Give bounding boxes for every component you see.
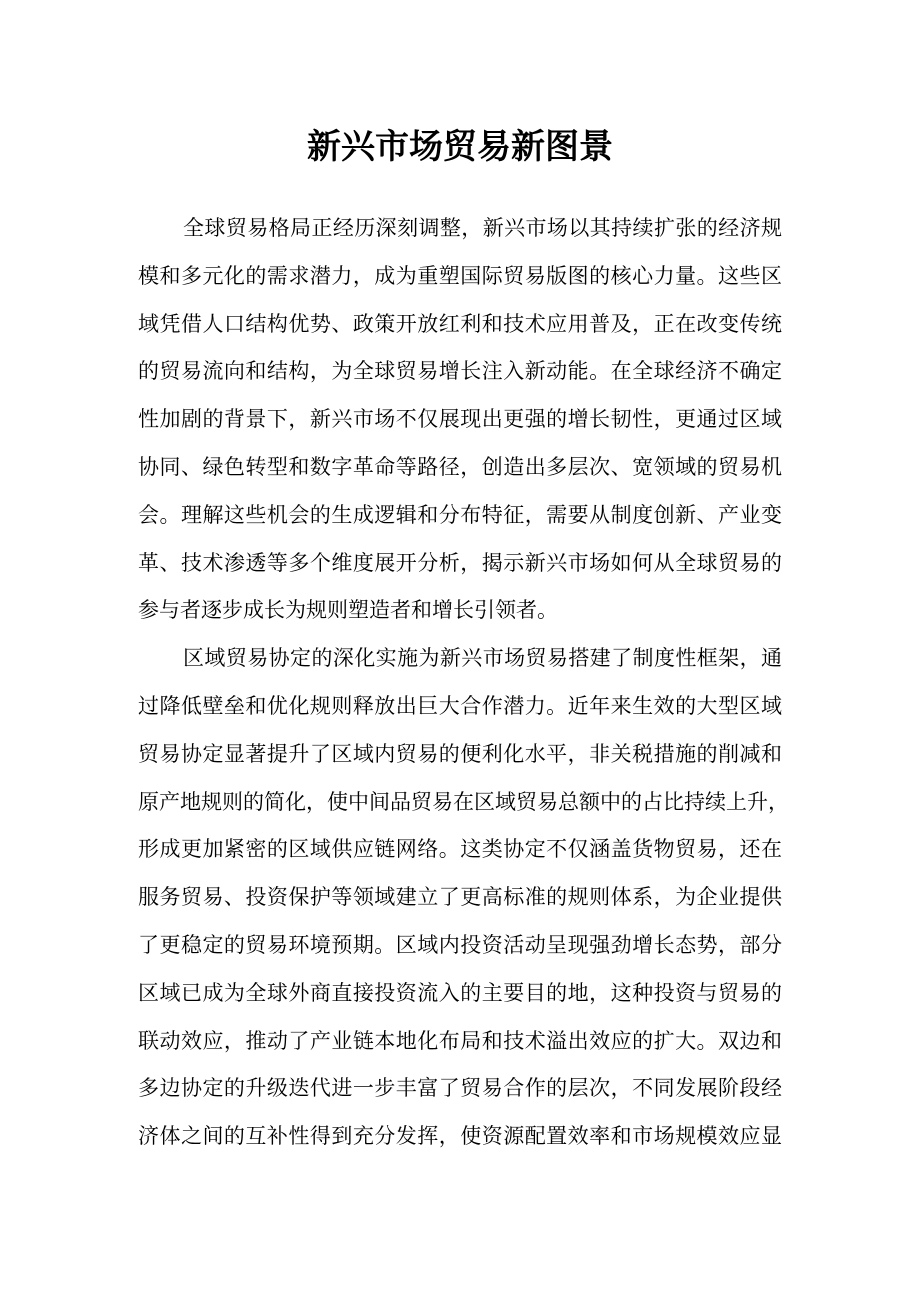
paragraph-line: 多边协定的升级迭代进一步丰富了贸易合作的层次，不同发展阶段经 [138,1065,782,1113]
document-body: 全球贸易格局正经历深刻调整，新兴市场以其持续扩张的经济规模和多元化的需求潜力，成… [138,205,782,1161]
paragraph-line: 服务贸易、投资保护等领域建立了更高标准的规则体系，为企业提供 [138,874,782,922]
paragraph-line: 会。理解这些机会的生成逻辑和分布特征，需要从制度创新、产业变 [138,492,782,540]
document-title: 新兴市场贸易新图景 [0,126,920,168]
paragraph-line: 域凭借人口结构优势、政策开放红利和技术应用普及，正在改变传统 [138,301,782,349]
paragraph-line: 参与者逐步成长为规则塑造者和增长引领者。 [138,587,782,635]
paragraph-line: 革、技术渗透等多个维度展开分析，揭示新兴市场如何从全球贸易的 [138,540,782,588]
paragraph-line: 全球贸易格局正经历深刻调整，新兴市场以其持续扩张的经济规 [138,205,782,253]
paragraph-line: 过降低壁垒和优化规则释放出巨大合作潜力。近年来生效的大型区域 [138,683,782,731]
paragraph-line: 济体之间的互补性得到充分发挥，使资源配置效率和市场规模效应显 [138,1113,782,1161]
paragraph-line: 的贸易流向和结构，为全球贸易增长注入新动能。在全球经济不确定 [138,348,782,396]
paragraph-line: 区域已成为全球外商直接投资流入的主要目的地，这种投资与贸易的 [138,970,782,1018]
paragraph-line: 贸易协定显著提升了区域内贸易的便利化水平，非关税措施的削减和 [138,731,782,779]
paragraph-line: 形成更加紧密的区域供应链网络。这类协定不仅涵盖货物贸易，还在 [138,826,782,874]
paragraph-line: 区域贸易协定的深化实施为新兴市场贸易搭建了制度性框架，通 [138,635,782,683]
paragraph-line: 联动效应，推动了产业链本地化布局和技术溢出效应的扩大。双边和 [138,1018,782,1066]
paragraph-line: 性加剧的背景下，新兴市场不仅展现出更强的增长韧性，更通过区域 [138,396,782,444]
document-page: 新兴市场贸易新图景 全球贸易格局正经历深刻调整，新兴市场以其持续扩张的经济规模和… [0,0,920,1302]
paragraph-line: 模和多元化的需求潜力，成为重塑国际贸易版图的核心力量。这些区 [138,253,782,301]
paragraph-line: 协同、绿色转型和数字革命等路径，创造出多层次、宽领域的贸易机 [138,444,782,492]
paragraph-line: 原产地规则的简化，使中间品贸易在区域贸易总额中的占比持续上升， [138,779,782,827]
paragraph-line: 了更稳定的贸易环境预期。区域内投资活动呈现强劲增长态势，部分 [138,922,782,970]
